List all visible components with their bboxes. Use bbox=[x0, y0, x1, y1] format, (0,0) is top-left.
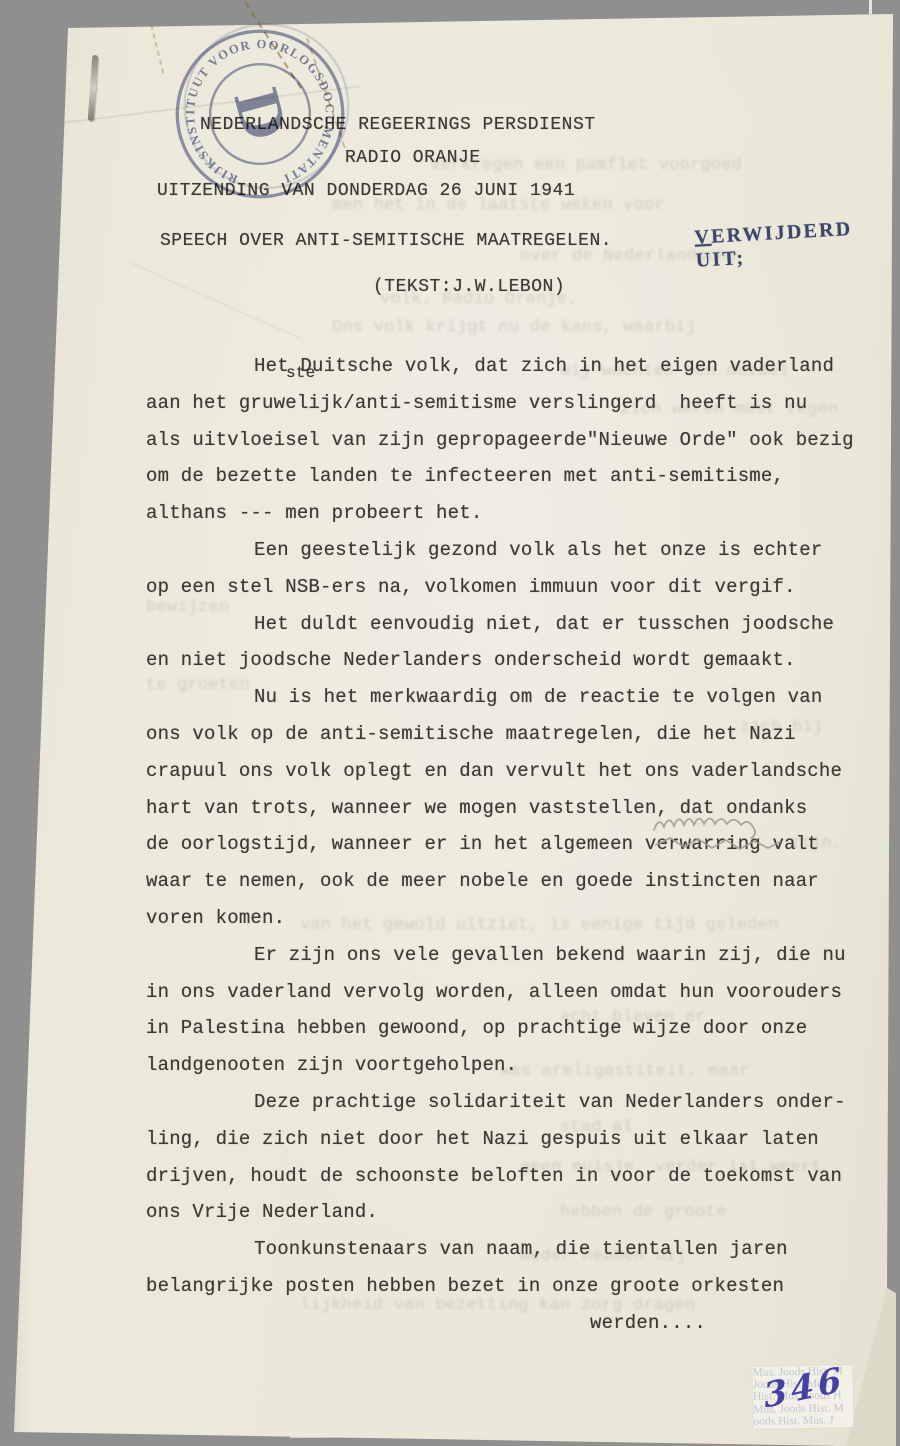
typewritten-line: Het Duitsche volk, dat zich in het eigen… bbox=[146, 348, 876, 385]
typewritten-line: Deze prachtige solidariteit van Nederlan… bbox=[146, 1084, 876, 1121]
document-byline: (TEKST:J.W.LEBON) bbox=[373, 277, 565, 297]
typewritten-line: Een geestelijk gezond volk als het onze … bbox=[146, 532, 876, 569]
document-title: SPEECH OVER ANTI-SEMITISCHE MAATREGELEN. bbox=[160, 231, 612, 251]
typewritten-line: ons volk op de anti-semitische maatregel… bbox=[146, 716, 876, 753]
typewritten-line: in Palestina hebben gewoond, op prachtig… bbox=[146, 1010, 876, 1047]
typed-insertion-ste: ste bbox=[286, 364, 315, 382]
bleed-fragment: Ons volk krijgt nu de kans, waarbij bbox=[332, 318, 696, 337]
typewritten-line: om de bezette landen te infecteeren met … bbox=[146, 458, 876, 495]
typewritten-line: op een stel NSB-ers na, volkomen immuun … bbox=[146, 569, 876, 606]
typewritten-line: drijven, houdt de schoonste beloften in … bbox=[146, 1158, 876, 1195]
typewritten-line: crapuul ons volk oplegt en dan vervult h… bbox=[146, 753, 876, 790]
typewritten-line: Nu is het merkwaardig om de reactie te v… bbox=[146, 679, 876, 716]
typewritten-line: ling, die zich niet door het Nazi gespui… bbox=[146, 1121, 876, 1158]
typewritten-line: ons Vrije Nederland. bbox=[146, 1194, 876, 1231]
typewritten-line: waar te nemen, ook de meer nobele en goe… bbox=[146, 863, 876, 900]
typewritten-line: Er zijn ons vele gevallen bekend waarin … bbox=[146, 937, 876, 974]
typewritten-line: voren komen. bbox=[146, 900, 876, 937]
typewritten-line: in ons vaderland vervolg worden, alleen … bbox=[146, 974, 876, 1011]
typewritten-line: en niet joodsche Nederlanders onderschei… bbox=[146, 642, 876, 679]
typewritten-line: werden.... bbox=[146, 1305, 876, 1342]
typewritten-line: als uitvloeisel van zijn gepropageerde"N… bbox=[146, 422, 876, 459]
typewritten-line: landgenooten zijn voortgeholpen. bbox=[146, 1047, 876, 1084]
stamp-center-letter: D bbox=[220, 81, 300, 148]
typewritten-line: aan het gruwelijk/anti-semitisme verslin… bbox=[146, 385, 876, 422]
pencil-scribble bbox=[640, 803, 800, 861]
typewritten-line: althans --- men probeert het. bbox=[146, 495, 876, 532]
typewritten-line: belangrijke posten hebben bezet in onze … bbox=[146, 1268, 876, 1305]
typewritten-line: Toonkunstenaars van naam, die tientallen… bbox=[146, 1231, 876, 1268]
typewritten-line: Het duldt eenvoudig niet, dat er tussche… bbox=[146, 606, 876, 643]
document-photo: verkregen een pamflet voorgoedmen het in… bbox=[0, 0, 900, 1446]
